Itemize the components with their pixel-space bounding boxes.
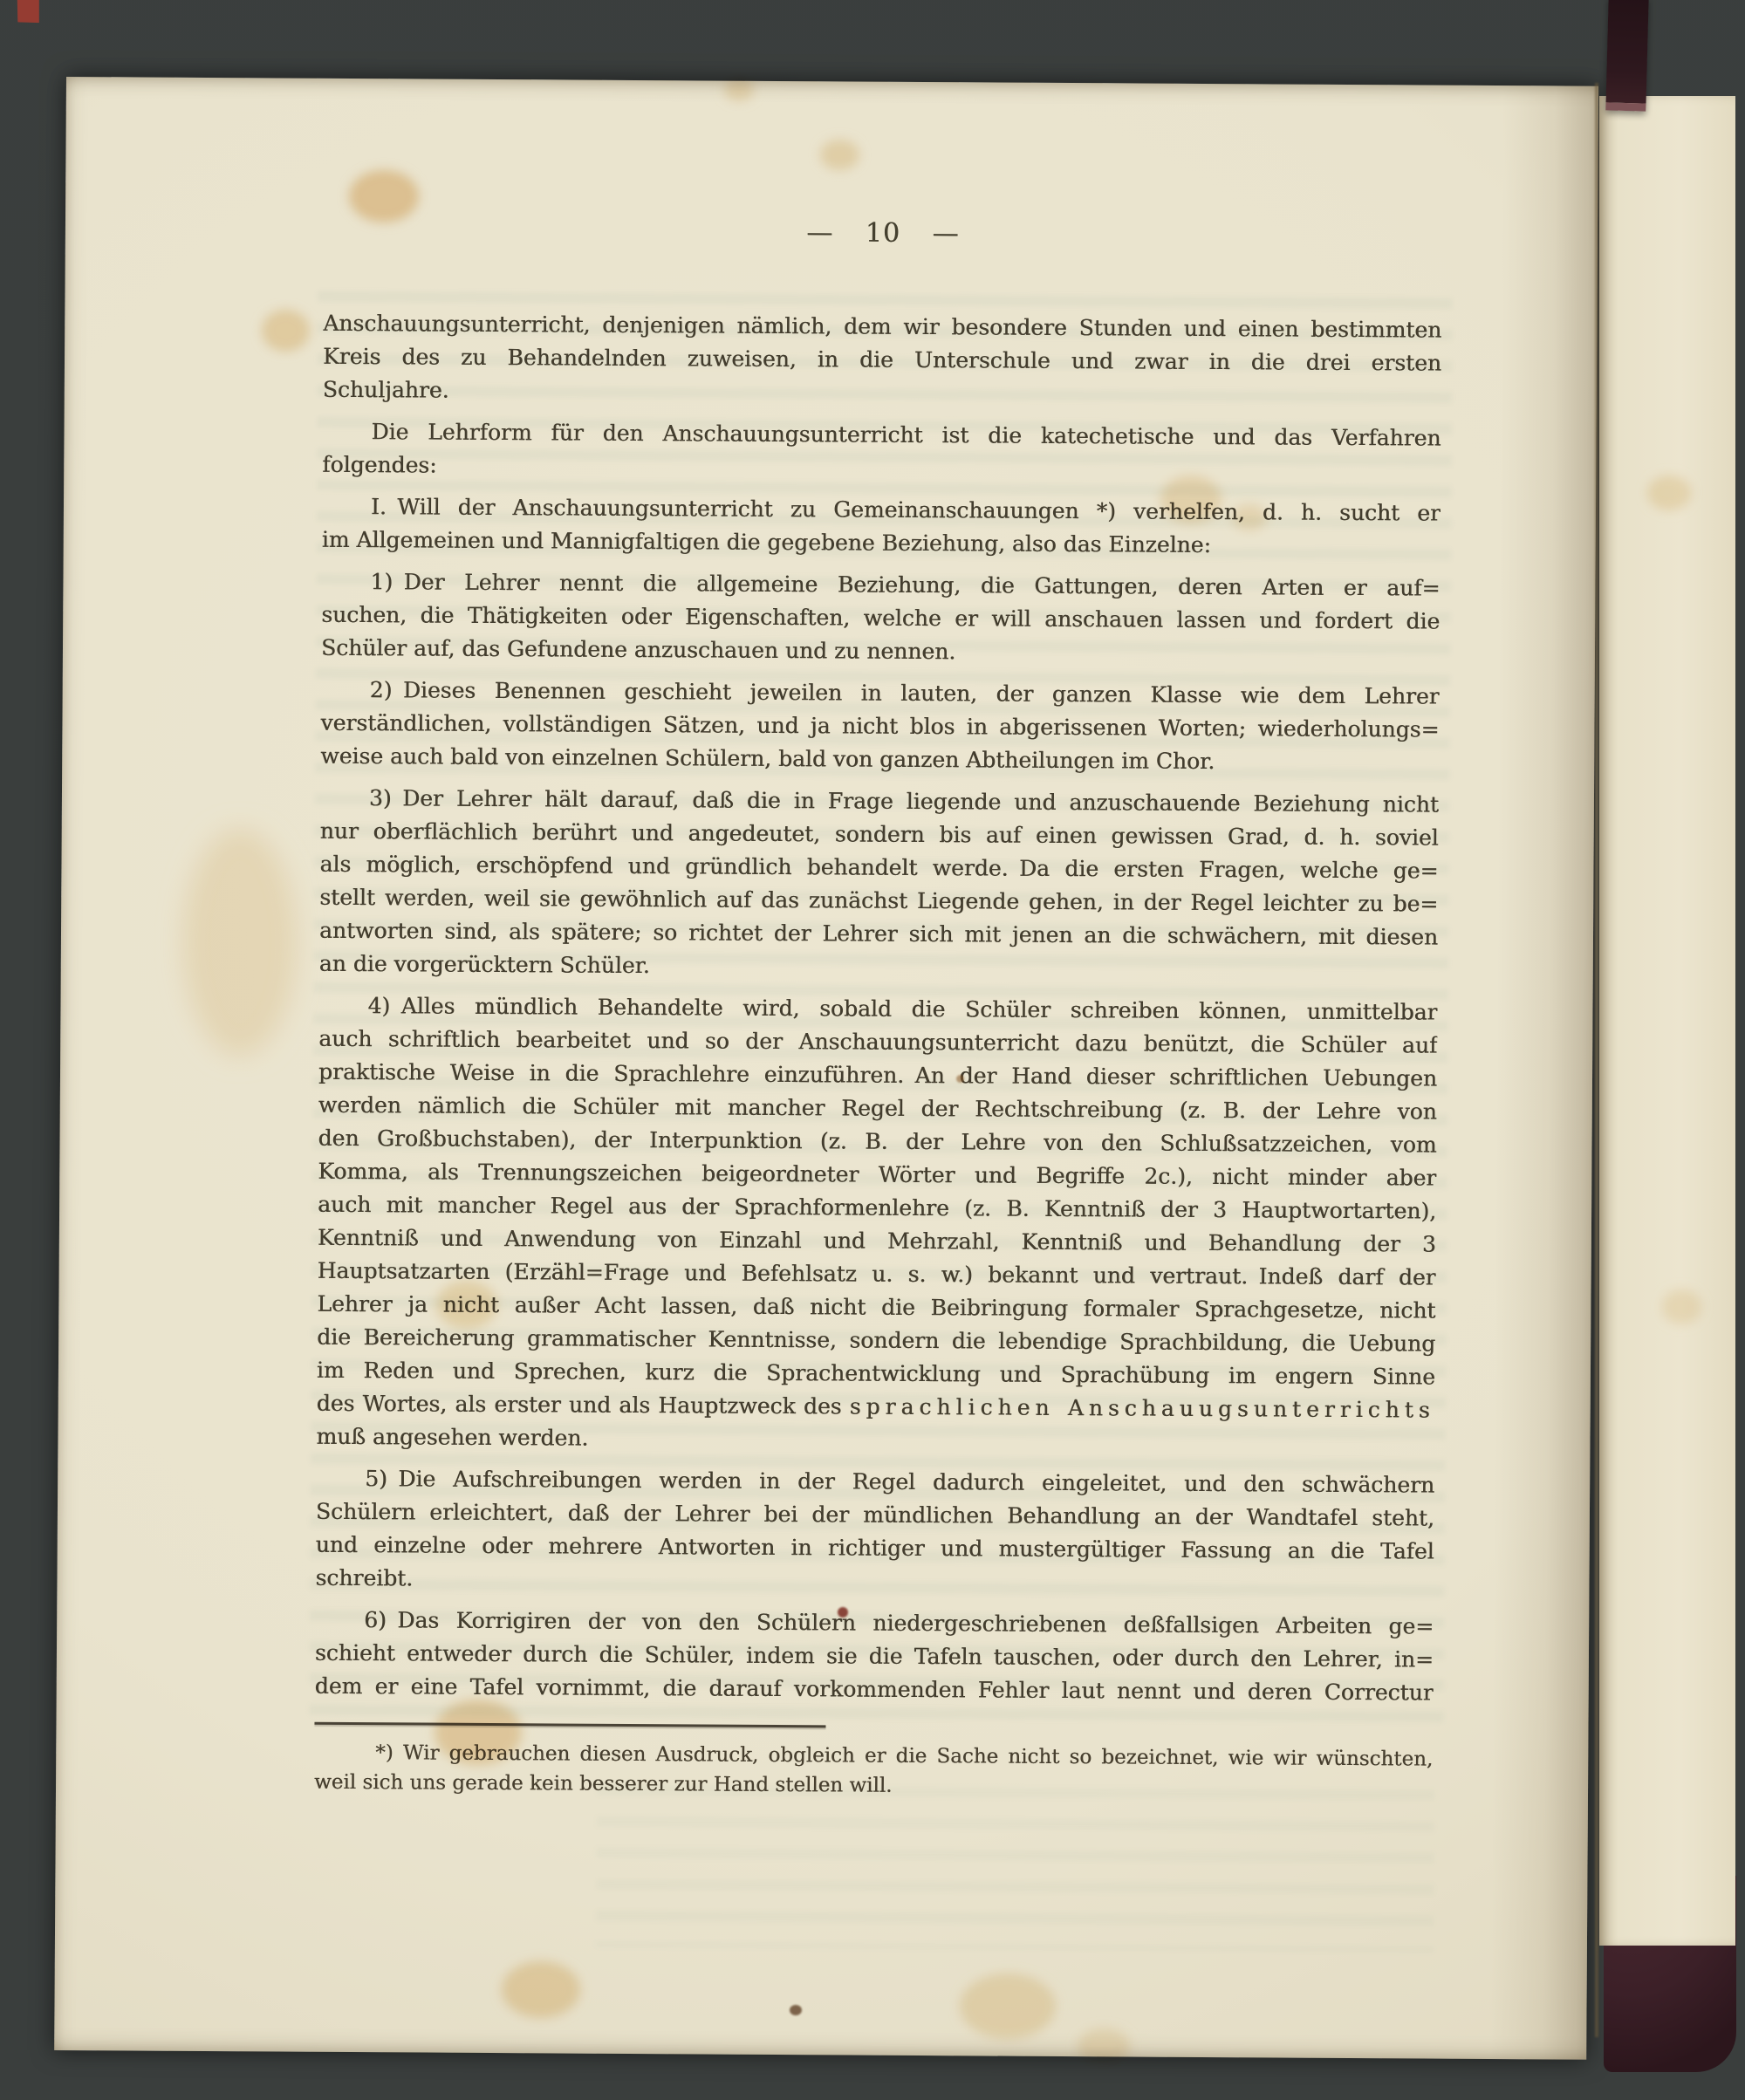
text-line: dem er eine Tafel vornimmt, die darauf v…	[315, 1670, 1434, 1710]
text-line: Kreis des zu Behandelnden zuweisen, in d…	[323, 340, 1441, 380]
paragraph: 3) Der Lehrer hält darauf, daß die in Fr…	[319, 782, 1439, 988]
text-line: und einzelne oder mehrere Antworten in r…	[316, 1529, 1434, 1569]
scanned-book-photo: — 10 — Anschauungsunterricht, denjenigen…	[0, 0, 1745, 2100]
paragraph: 5) Die Aufschreibungen werden in der Reg…	[315, 1462, 1434, 1602]
text-line: Die Lehrform für den Anschauungsunterric…	[322, 415, 1440, 455]
paragraph: 2) Dieses Benennen geschieht jeweilen in…	[320, 674, 1440, 780]
paragraph: 1) Der Lehrer nennt die allgemeine Bezie…	[321, 565, 1440, 672]
paragraph: 6) Das Korrigiren der von den Schülern n…	[315, 1604, 1434, 1710]
text-line: im Allgemeinen und Mannigfaltigen die ge…	[322, 523, 1440, 564]
body-text: Anschauungsunterricht, denjenigen nämlic…	[315, 307, 1442, 1710]
gutter-shading	[1490, 86, 1598, 2060]
paragraph: I. Will der Anschauungsunterricht zu Gem…	[322, 490, 1440, 564]
next-page-edge	[1599, 96, 1735, 1946]
text-line: weise auch bald von einzelnen Schülern, …	[320, 740, 1439, 780]
paragraph: Die Lehrform für den Anschauungsunterric…	[322, 415, 1440, 489]
text-line: Schuljahre.	[323, 373, 1441, 414]
text-line: schreibt.	[315, 1562, 1434, 1602]
emphasized-text: sprachlichen Anschauugsunterrichts	[850, 1394, 1435, 1423]
paragraph: *) Wir gebrauchen diesen Ausdruck, obgle…	[314, 1738, 1433, 1804]
paragraph: Anschauungsunterricht, denjenigen nämlic…	[323, 307, 1442, 414]
red-edge-mark	[13, 0, 44, 26]
paragraph: 4) Alles mündlich Behandelte wird, sobal…	[316, 989, 1437, 1460]
text-line: an die vorgerücktern Schüler.	[319, 947, 1438, 988]
text-line: Schüler auf, das Gefundene anzuschauen u…	[321, 632, 1440, 672]
bookmark-ribbon	[1605, 0, 1648, 112]
text-line: folgendes:	[322, 448, 1440, 489]
book-page: — 10 — Anschauungsunterricht, denjenigen…	[54, 77, 1598, 2060]
footnote: *) Wir gebrauchen diesen Ausdruck, obgle…	[314, 1738, 1433, 1804]
text-line: muß angesehen werden.	[316, 1420, 1434, 1460]
page-fold-line	[1595, 83, 1598, 2037]
